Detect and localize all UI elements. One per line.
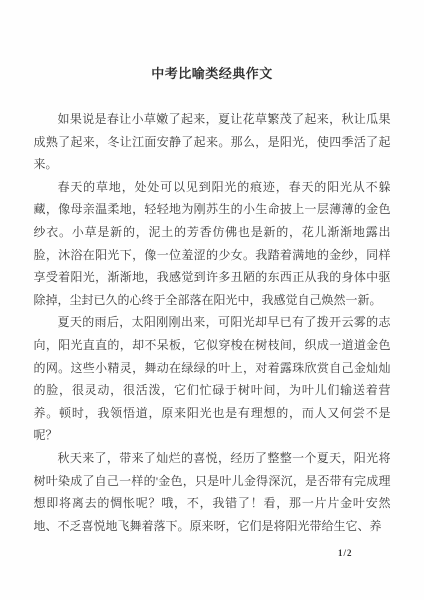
document-title: 中考比喻类经典作文 [0, 0, 424, 82]
document-body: 如果说是春让小草嫩了起来，夏让花草繁茂了起来，秋让瓜果成熟了起来，冬让江面安静了… [34, 108, 391, 537]
paragraph-spring: 春天的草地，处处可以见到阳光的痕迹，春天的阳光从不躲藏，像母亲温柔地，轻轻地为刚… [34, 176, 391, 312]
paragraph-intro: 如果说是春让小草嫩了起来，夏让花草繁茂了起来，秋让瓜果成熟了起来，冬让江面安静了… [34, 108, 391, 176]
paragraph-summer: 夏天的雨后，太阳刚刚出来，可阳光却早已有了拨开云雾的志向，阳光直直的，却不呆板，… [34, 311, 391, 447]
page-number: 1/2 [338, 548, 353, 558]
paragraph-autumn: 秋天来了，带来了灿烂的喜悦，经历了整整一个夏天，阳光将树叶染成了自己一样的'金色… [34, 447, 391, 537]
document-page: 中考比喻类经典作文 如果说是春让小草嫩了起来，夏让花草繁茂了起来，秋让瓜果成熟了… [0, 0, 424, 600]
